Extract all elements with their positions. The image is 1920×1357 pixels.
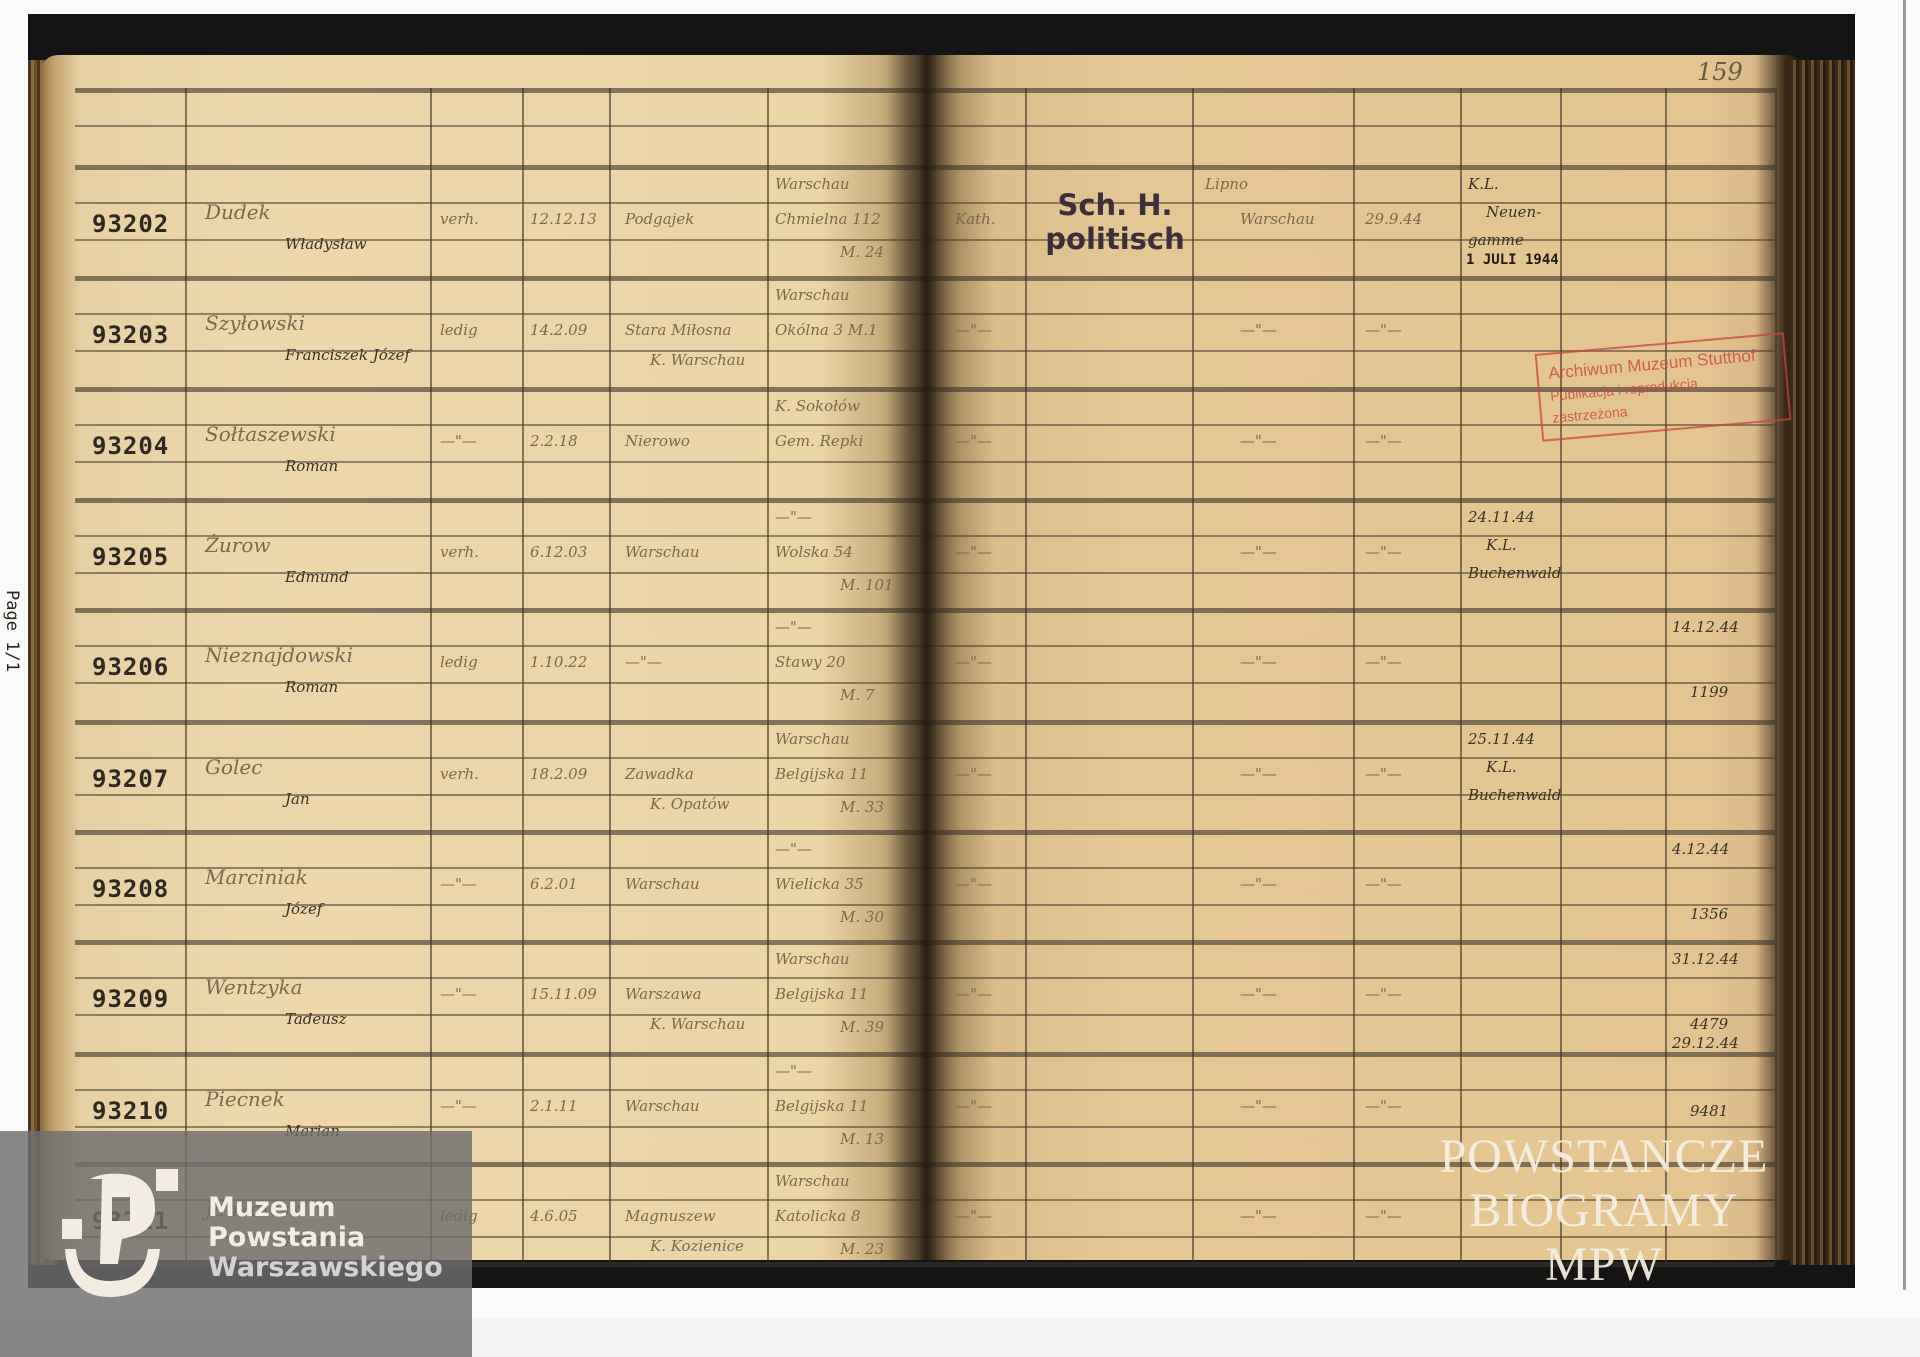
- birth-place: Warschau: [625, 875, 700, 893]
- residence-2: —"—: [1240, 653, 1277, 671]
- marital-status: —"—: [440, 985, 477, 1003]
- religion: Kath.: [955, 210, 996, 228]
- column-line: [1192, 88, 1194, 1262]
- watermark-line1: POWSTANCZE: [1414, 1130, 1794, 1184]
- arrival-date: —"—: [1365, 543, 1402, 561]
- prisoner-number: 93205: [92, 543, 169, 571]
- arrival-date: —"—: [1365, 432, 1402, 450]
- address-street: Belgijska 11: [775, 1097, 868, 1115]
- prisoner-number: 93206: [92, 653, 169, 681]
- address-street: Belgijska 11: [775, 985, 868, 1003]
- religion: —"—: [955, 432, 992, 450]
- address-apartment: M. 7: [840, 686, 874, 704]
- arrival-date: —"—: [1365, 1207, 1402, 1225]
- residence-2: Warschau: [1240, 210, 1315, 228]
- death-number: 9481: [1690, 1102, 1728, 1120]
- transfer-note: 25.11.44: [1468, 730, 1535, 748]
- religion: —"—: [955, 765, 992, 783]
- birth-date: 1.10.22: [530, 653, 587, 671]
- page-label: Page 1/1: [2, 590, 22, 672]
- transfer-note: K.L.: [1486, 758, 1517, 776]
- first-name: Józef: [285, 900, 322, 918]
- address-apartment: M. 39: [840, 1018, 884, 1036]
- marital-status: verh.: [440, 765, 479, 783]
- birth-place: Podgajek: [625, 210, 694, 228]
- address-city: Warschau: [775, 286, 850, 304]
- column-line: [609, 88, 611, 1262]
- first-name: Edmund: [285, 568, 349, 586]
- death-date: 4.12.44: [1672, 840, 1729, 858]
- birth-place: Warszawa: [625, 985, 702, 1003]
- marital-status: ledig: [440, 653, 478, 671]
- column-line: [1460, 88, 1462, 1262]
- first-name: Franciszek Józef: [285, 346, 410, 364]
- birth-place: Magnuszew: [625, 1207, 716, 1225]
- category-stamp-line1: Sch. H.: [1030, 188, 1200, 222]
- birth-place-2: K. Kozienice: [650, 1237, 744, 1255]
- residence-2: —"—: [1240, 1097, 1277, 1115]
- residence-2: —"—: [1240, 875, 1277, 893]
- address-city: Warschau: [775, 175, 850, 193]
- book-gutter-shadow: [890, 55, 960, 1260]
- arrival-date: —"—: [1365, 321, 1402, 339]
- religion: —"—: [955, 875, 992, 893]
- religion: —"—: [955, 543, 992, 561]
- surname: Żurow: [205, 533, 271, 557]
- surname: Sołtaszewski: [205, 422, 336, 446]
- date-stamp: 1 JULI 1944: [1466, 252, 1559, 268]
- religion: —"—: [955, 653, 992, 671]
- address-apartment: M. 30: [840, 908, 884, 926]
- arrival-date: —"—: [1365, 765, 1402, 783]
- address-street: Wolska 54: [775, 543, 853, 561]
- watermark: POWSTANCZE BIOGRAMY MPW: [1414, 1130, 1794, 1292]
- category-stamp: Sch. H. politisch: [1030, 188, 1200, 256]
- residence-2: —"—: [1240, 765, 1277, 783]
- surname: Golec: [205, 755, 262, 779]
- birth-date: 15.11.09: [530, 985, 597, 1003]
- residence-2: —"—: [1240, 985, 1277, 1003]
- address-apartment: M. 101: [840, 576, 894, 594]
- marital-status: verh.: [440, 543, 479, 561]
- prisoner-number: 93208: [92, 875, 169, 903]
- column-line: [767, 88, 769, 1262]
- logo-line2: Powstania: [208, 1223, 443, 1253]
- death-date: 29.12.44: [1672, 1034, 1739, 1052]
- prisoner-number: 93204: [92, 432, 169, 460]
- marital-status: —"—: [440, 875, 477, 893]
- arrival-date: —"—: [1365, 875, 1402, 893]
- address-city: —"—: [775, 1062, 812, 1080]
- address-street: Stawy 20: [775, 653, 845, 671]
- transfer-note: Buchenwald: [1468, 564, 1561, 582]
- birth-date: 6.12.03: [530, 543, 587, 561]
- column-line: [1560, 88, 1562, 1262]
- page-number: 159: [1697, 58, 1743, 86]
- prisoner-number: 93209: [92, 985, 169, 1013]
- column-line: [185, 88, 187, 1262]
- birth-date: 2.1.11: [530, 1097, 578, 1115]
- first-name: Roman: [285, 457, 338, 475]
- prisoner-number: 93203: [92, 321, 169, 349]
- address-city: Warschau: [775, 950, 850, 968]
- address-city: Warschau: [775, 730, 850, 748]
- address-city: —"—: [775, 508, 812, 526]
- birth-date: 4.6.05: [530, 1207, 578, 1225]
- column-line: [1775, 88, 1777, 1262]
- address-apartment: M. 13: [840, 1130, 884, 1148]
- birth-place: Stara Miłosna: [625, 321, 731, 339]
- watermark-line2: BIOGRAMY MPW: [1414, 1184, 1794, 1292]
- transfer-note: Neuen-: [1486, 203, 1541, 221]
- address-city: Warschau: [775, 1172, 850, 1190]
- address-city: —"—: [775, 840, 812, 858]
- first-name: Tadeusz: [285, 1010, 347, 1028]
- residence-2: —"—: [1240, 432, 1277, 450]
- anchor-logo-icon: [60, 1169, 180, 1299]
- address-apartment: M. 24: [840, 243, 884, 261]
- arrival-date: —"—: [1365, 985, 1402, 1003]
- birth-place: Nierowo: [625, 432, 690, 450]
- death-date: 31.12.44: [1672, 950, 1739, 968]
- address-city: —"—: [775, 618, 812, 636]
- address-apartment: M. 33: [840, 798, 884, 816]
- first-name: Władysław: [285, 235, 367, 253]
- address-street: Wielicka 35: [775, 875, 864, 893]
- religion: —"—: [955, 1207, 992, 1225]
- marital-status: ledig: [440, 321, 478, 339]
- column-line: [430, 88, 432, 1262]
- birth-place: —"—: [625, 653, 662, 671]
- logo-line3: Warszawskiego: [208, 1253, 443, 1283]
- column-line: [1025, 88, 1027, 1262]
- prisoner-number: 93210: [92, 1097, 169, 1125]
- prisoner-number: 93202: [92, 210, 169, 238]
- birth-date: 18.2.09: [530, 765, 587, 783]
- arrival-date: —"—: [1365, 1097, 1402, 1115]
- category-stamp-line2: politisch: [1030, 222, 1200, 256]
- birth-date: 2.2.18: [530, 432, 578, 450]
- column-line: [522, 88, 524, 1262]
- death-date: 14.12.44: [1672, 618, 1739, 636]
- transfer-note: gamme: [1468, 231, 1524, 249]
- marital-status: —"—: [440, 432, 477, 450]
- marital-status: —"—: [440, 1097, 477, 1115]
- birth-date: 12.12.13: [530, 210, 597, 228]
- logo-line1: Muzeum: [208, 1193, 443, 1223]
- religion: —"—: [955, 985, 992, 1003]
- birth-place: Warschau: [625, 1097, 700, 1115]
- death-number: 1199: [1690, 683, 1728, 701]
- transfer-note: 24.11.44: [1468, 508, 1535, 526]
- arrival-date: —"—: [1365, 653, 1402, 671]
- residence-1: Lipno: [1205, 175, 1248, 193]
- religion: —"—: [955, 1097, 992, 1115]
- religion: —"—: [955, 321, 992, 339]
- birth-place-2: K. Warschau: [650, 1015, 745, 1033]
- birth-date: 14.2.09: [530, 321, 587, 339]
- death-number: 4479: [1690, 1015, 1728, 1033]
- birth-place-2: K. Opatów: [650, 795, 729, 813]
- address-street: Gem. Repki: [775, 432, 863, 450]
- birth-date: 6.2.01: [530, 875, 578, 893]
- museum-logo-overlay: Muzeum Powstania Warszawskiego: [0, 1131, 472, 1357]
- transfer-note: K.L.: [1486, 536, 1517, 554]
- column-line: [1665, 88, 1667, 1262]
- address-apartment: M. 23: [840, 1240, 884, 1258]
- scan-edge-line: [1903, 0, 1906, 1290]
- first-name: Jan: [285, 790, 310, 808]
- address-street: Chmielna 112: [775, 210, 881, 228]
- arrival-date: 29.9.44: [1365, 210, 1422, 228]
- surname: Dudek: [205, 200, 271, 224]
- surname: Piecnek: [205, 1087, 285, 1111]
- address-street: Katolicka 8: [775, 1207, 861, 1225]
- prisoner-number: 93207: [92, 765, 169, 793]
- death-number: 1356: [1690, 905, 1728, 923]
- address-street: Okólna 3 M.1: [775, 321, 878, 339]
- residence-2: —"—: [1240, 543, 1277, 561]
- birth-place: Zawadka: [625, 765, 694, 783]
- column-line: [1353, 88, 1355, 1262]
- transfer-note: Buchenwald: [1468, 786, 1561, 804]
- surname: Wentzyka: [205, 975, 303, 999]
- residence-2: —"—: [1240, 321, 1277, 339]
- museum-logo-text: Muzeum Powstania Warszawskiego: [208, 1193, 443, 1283]
- book-right-page-edges: [1790, 60, 1855, 1265]
- address-street: Belgijska 11: [775, 765, 868, 783]
- birth-place-2: K. Warschau: [650, 351, 745, 369]
- residence-2: —"—: [1240, 1207, 1277, 1225]
- surname: Szyłowski: [205, 311, 305, 335]
- first-name: Roman: [285, 678, 338, 696]
- surname: Marciniak: [205, 865, 308, 889]
- birth-place: Warschau: [625, 543, 700, 561]
- address-city: K. Sokołów: [775, 397, 860, 415]
- transfer-note: K.L.: [1468, 175, 1499, 193]
- surname: Nieznajdowski: [205, 643, 353, 667]
- marital-status: verh.: [440, 210, 479, 228]
